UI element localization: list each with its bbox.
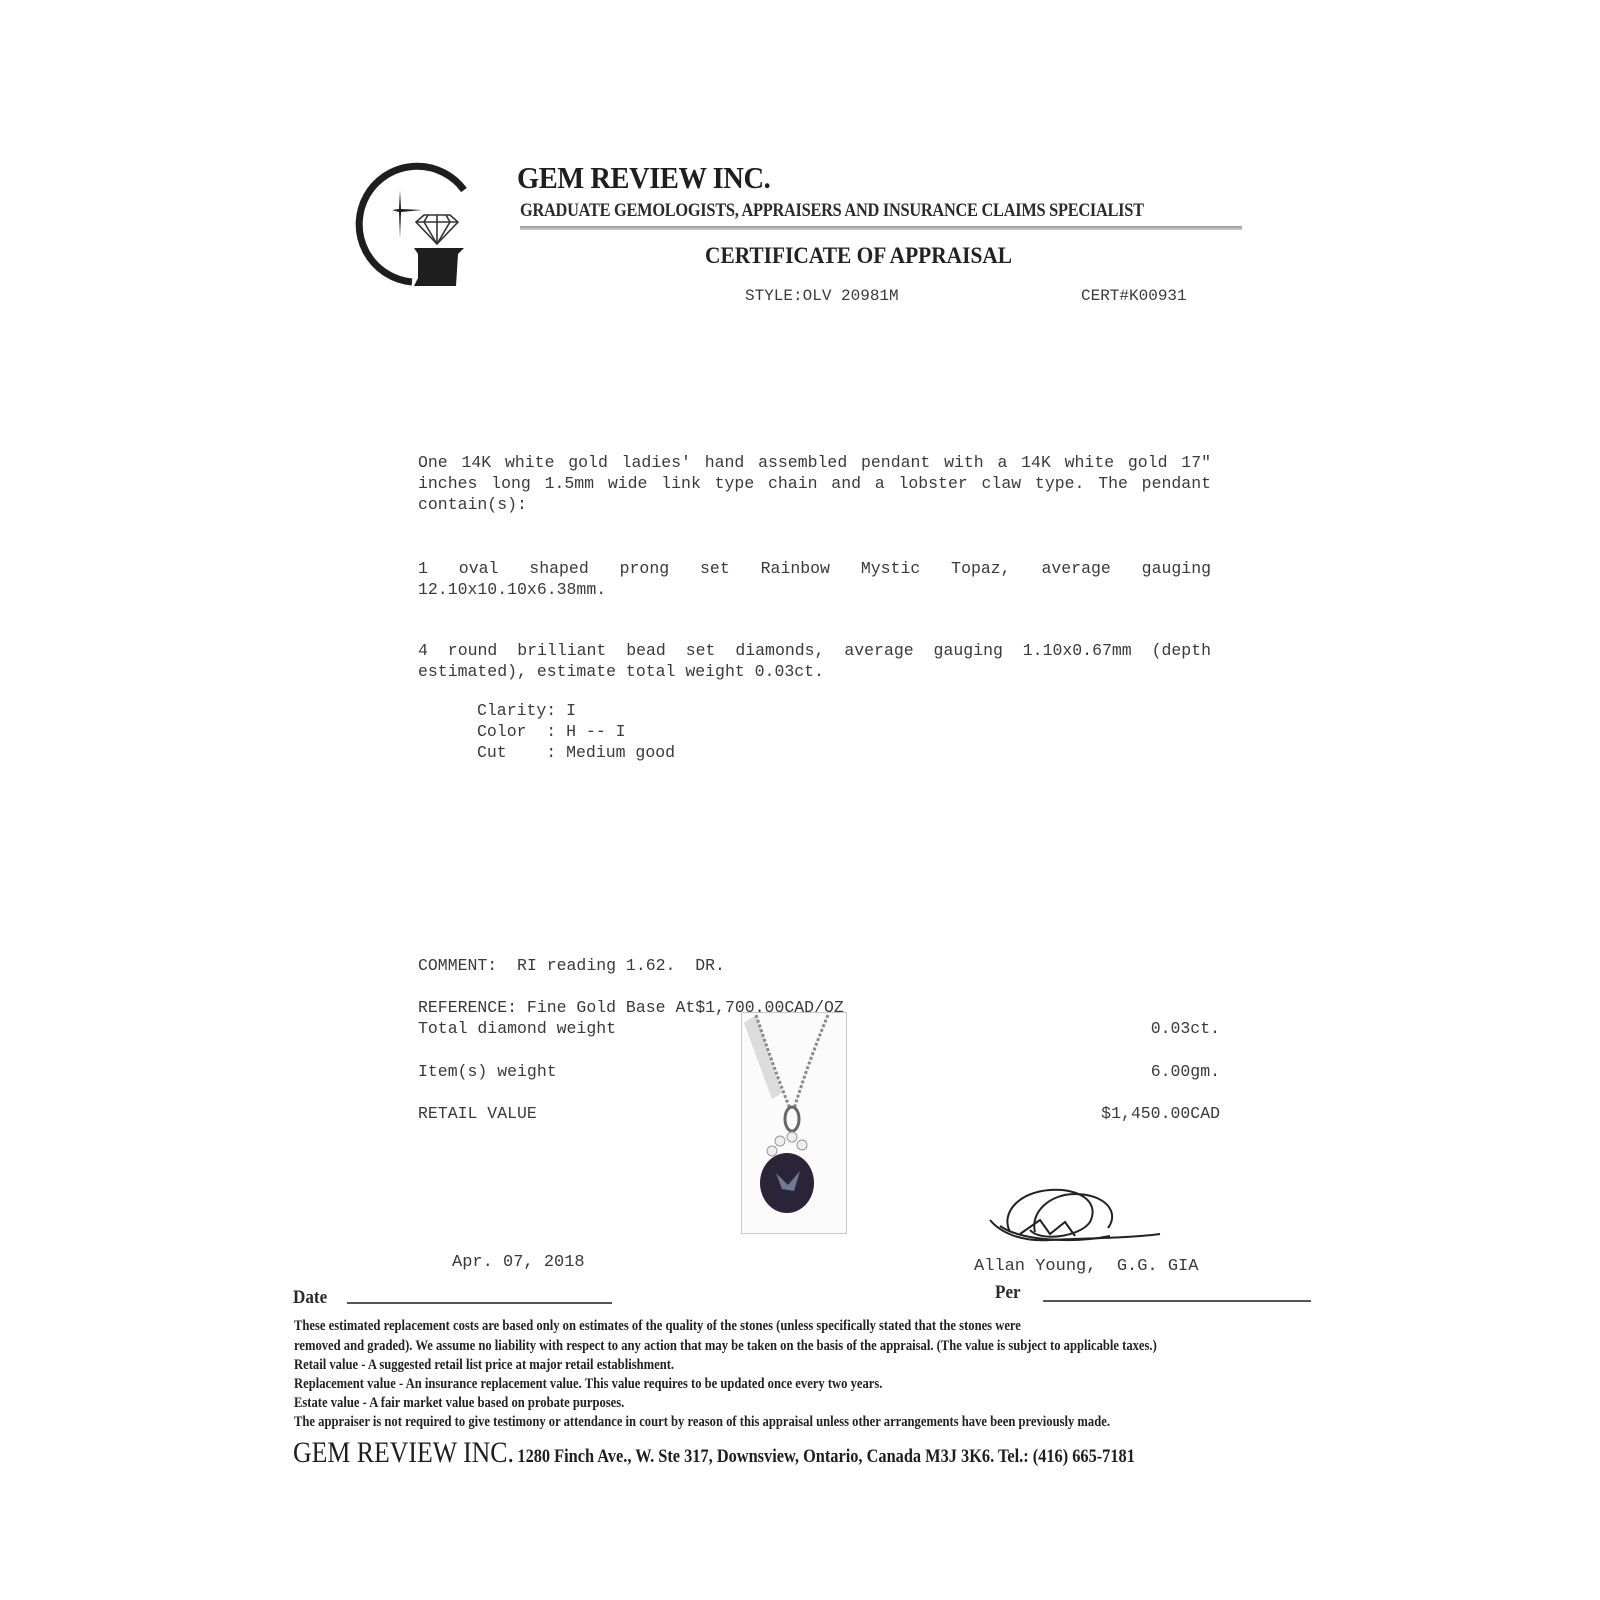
retail-value-amount: $1,450.00CAD — [1101, 1104, 1220, 1123]
main-stone-description: 1 oval shaped prong set Rainbow Mystic T… — [418, 558, 1211, 600]
comment-line: COMMENT: RI reading 1.62. DR. — [418, 956, 725, 975]
disclaimer-line: The appraiser is not required to give te… — [294, 1414, 1110, 1431]
footer-contact: GEM REVIEW INC. 1280 Finch Ave., W. Ste … — [293, 1436, 1135, 1470]
disclaimer-line: Replacement value - An insurance replace… — [294, 1376, 882, 1393]
disclaimer-line: removed and graded). We assume no liabil… — [294, 1338, 1157, 1355]
company-tagline: GRADUATE GEMOLOGISTS, APPRAISERS AND INS… — [520, 200, 1144, 222]
cert-number: CERT#K00931 — [1081, 287, 1187, 305]
header-divider — [520, 226, 1242, 230]
appraiser-name: Allan Young, G.G. GIA — [974, 1257, 1198, 1276]
item-weight-label: Item(s) weight — [418, 1062, 557, 1081]
retail-value-label: RETAIL VALUE — [418, 1104, 537, 1123]
per-label: Per — [995, 1282, 1021, 1304]
disclaimer-line: Estate value - A fair market value based… — [294, 1395, 624, 1412]
style-number: STYLE:OLV 20981M — [745, 287, 899, 305]
diamond-grading-specs: Clarity: I Color : H -- I Cut : Medium g… — [477, 700, 675, 763]
signature-icon — [980, 1182, 1180, 1262]
total-diamond-weight-value: 0.03ct. — [1151, 1019, 1220, 1038]
diamonds-description: 4 round brilliant bead set diamonds, ave… — [418, 640, 1211, 682]
footer-company-name: GEM REVIEW INC. — [293, 1436, 514, 1469]
gem-review-logo-icon — [352, 160, 482, 290]
per-signature-line — [1043, 1300, 1311, 1302]
company-name: GEM REVIEW INC. — [517, 160, 770, 196]
footer-address: 1280 Finch Ave., W. Ste 317, Downsview, … — [517, 1446, 1134, 1467]
total-diamond-weight-label: Total diamond weight — [418, 1019, 616, 1038]
item-weight-value: 6.00gm. — [1151, 1062, 1220, 1081]
pendant-photo — [741, 1012, 847, 1234]
disclaimer-line: Retail value - A suggested retail list p… — [294, 1357, 674, 1374]
item-description: One 14K white gold ladies' hand assemble… — [418, 452, 1211, 515]
date-label: Date — [293, 1287, 327, 1309]
pendant-icon — [742, 1013, 846, 1233]
disclaimer-line: These estimated replacement costs are ba… — [294, 1318, 1021, 1335]
date-signature-line — [347, 1302, 612, 1304]
document-title: CERTIFICATE OF APPRAISAL — [705, 243, 1012, 269]
appraisal-date: Apr. 07, 2018 — [452, 1253, 585, 1272]
